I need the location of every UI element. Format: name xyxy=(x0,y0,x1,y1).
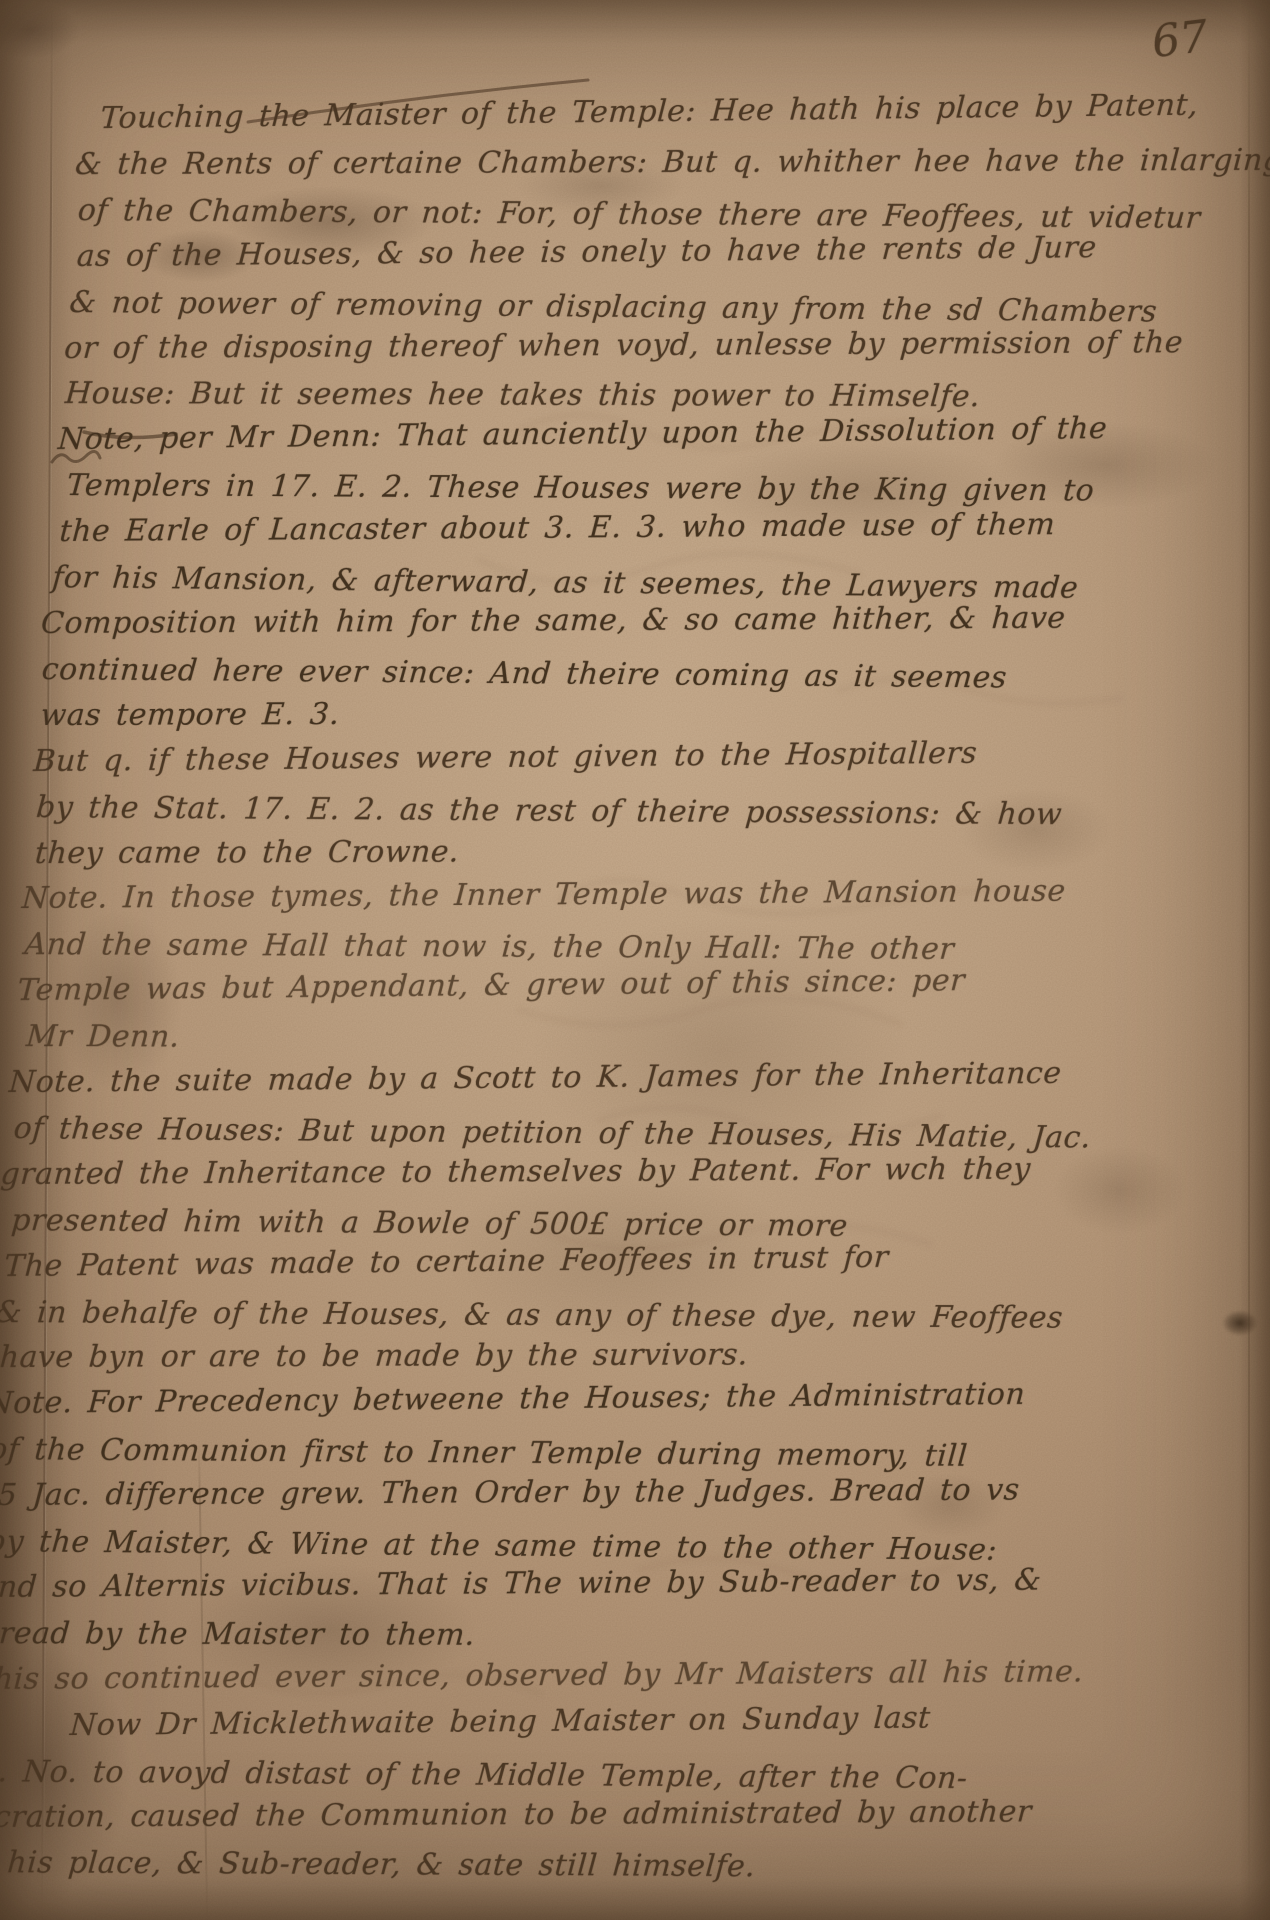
paragraph: Note. In those tymes, the Inner Temple w… xyxy=(9,876,1207,1060)
paragraph: Now Dr Micklethwaite being Maister on Su… xyxy=(0,1703,1149,1887)
paragraph: Note. For Precedency betweene the Houses… xyxy=(0,1381,1171,1656)
paragraph: Note. the suite made by a Scott to K. Ja… xyxy=(0,1060,1194,1381)
page-edge-shadow xyxy=(0,0,1270,44)
manuscript-line: the Earle of Lancaster about 3. E. 3. wh… xyxy=(58,501,1232,555)
manuscript-line: Now Dr Micklethwaite being Maister on Su… xyxy=(69,1693,1149,1748)
manuscript-line: Composition with him for the same, & so … xyxy=(40,595,1226,647)
manuscript-line: 15 Jac. difference grew. Then Order by t… xyxy=(0,1467,1165,1519)
manuscript-line: Note. the suite made by a Scott to K. Ja… xyxy=(8,1050,1194,1106)
manuscript-text: Touching the Maister of the Temple: Hee … xyxy=(0,96,1261,1886)
manuscript-line: Note. In those tymes, the Inner Temple w… xyxy=(20,868,1206,922)
page-edge-shadow xyxy=(0,1878,1270,1920)
manuscript-line: And so Alternis vicibus. That is The win… xyxy=(0,1557,1159,1611)
paragraph: Touching the Maister of the Temple: Hee … xyxy=(54,96,1261,417)
manuscript-line: granted the Inheritance to themselves by… xyxy=(0,1146,1187,1198)
manuscript-line: Note. For Precedency betweene the Houses… xyxy=(0,1371,1172,1427)
paragraph: Note, per Mr Denn: That aunciently upon … xyxy=(31,417,1238,738)
manuscript-line: & the Rents of certaine Chambers: But q.… xyxy=(74,138,1258,188)
manuscript-line: or of the disposing thereof when voyd, u… xyxy=(63,319,1245,371)
manuscript-line: as of the Houses, & so hee is onely to h… xyxy=(75,223,1251,279)
manuscript-line: Touching the Maister of the Temple: Hee … xyxy=(99,82,1262,142)
binding-edge-shadow xyxy=(0,0,72,1920)
manuscript-page: 67 Touching the Maister of the Temple: H… xyxy=(0,0,1270,1920)
manuscript-line: But q. if these Houses were not given to… xyxy=(32,728,1216,784)
manuscript-line: secration, caused the Communion to be ad… xyxy=(0,1788,1143,1840)
page-edge-shadow xyxy=(1240,0,1270,1920)
paragraph: But q. if these Houses were not given to… xyxy=(21,739,1216,877)
